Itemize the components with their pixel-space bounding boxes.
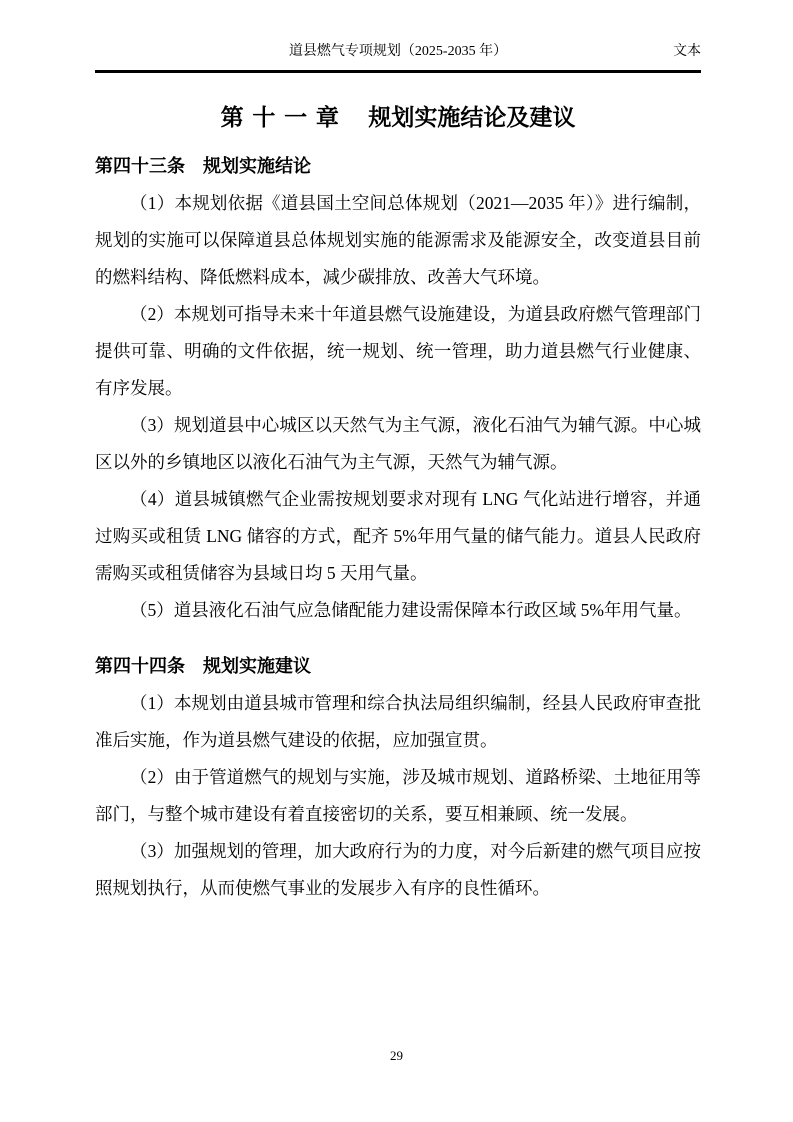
header-doc-type: 文本 — [673, 42, 701, 62]
paragraph: （2）由于管道燃气的规划与实施，涉及城市规划、道路桥梁、土地征用等部门，与整个城… — [95, 759, 701, 833]
header-rule — [95, 70, 701, 73]
page-number: 29 — [390, 1048, 403, 1063]
paragraph: （1）本规划由道县城市管理和综合执法局组织编制，经县人民政府审查批准后实施，作为… — [95, 685, 701, 759]
paragraph: （5）道县液化石油气应急储配能力建设需保障本行政区域 5%年用气量。 — [95, 592, 701, 629]
section-43-number: 第四十三条 — [95, 156, 185, 176]
chapter-title-text: 规划实施结论及建议 — [368, 104, 575, 130]
paragraph: （3）加强规划的管理，加大政府行为的力度，对今后新建的燃气项目应按照规划执行，从… — [95, 833, 701, 907]
chapter-title: 第十一章规划实施结论及建议 — [95, 101, 701, 133]
running-header: 道县燃气专项规划（2025-2035 年） 文本 — [95, 42, 701, 62]
section-44-title: 规划实施建议 — [203, 656, 311, 676]
paragraph: （4）道县城镇燃气企业需按规划要求对现有 LNG 气化站进行增容，并通过购买或租… — [95, 481, 701, 592]
section-heading-44: 第四十四条规划实施建议 — [95, 653, 701, 679]
section-44-body: （1）本规划由道县城市管理和综合执法局组织编制，经县人民政府审查批准后实施，作为… — [95, 685, 701, 907]
page-footer: 29 — [0, 1048, 793, 1064]
section-heading-43: 第四十三条规划实施结论 — [95, 153, 701, 179]
section-43-title: 规划实施结论 — [203, 156, 311, 176]
chapter-number: 第十一章 — [221, 104, 348, 130]
paragraph: （2）本规划可指导未来十年道县燃气设施建设，为道县政府燃气管理部门提供可靠、明确… — [95, 296, 701, 407]
paragraph: （3）规划道县中心城区以天然气为主气源，液化石油气为辅气源。中心城区以外的乡镇地… — [95, 407, 701, 481]
header-title: 道县燃气专项规划（2025-2035 年） — [95, 42, 701, 62]
section-44-number: 第四十四条 — [95, 656, 185, 676]
section-43-body: （1）本规划依据《道县国土空间总体规划（2021—2035 年）》进行编制，规划… — [95, 185, 701, 629]
paragraph: （1）本规划依据《道县国土空间总体规划（2021—2035 年）》进行编制，规划… — [95, 185, 701, 296]
document-page: 道县燃气专项规划（2025-2035 年） 文本 第十一章规划实施结论及建议 第… — [0, 0, 793, 1122]
